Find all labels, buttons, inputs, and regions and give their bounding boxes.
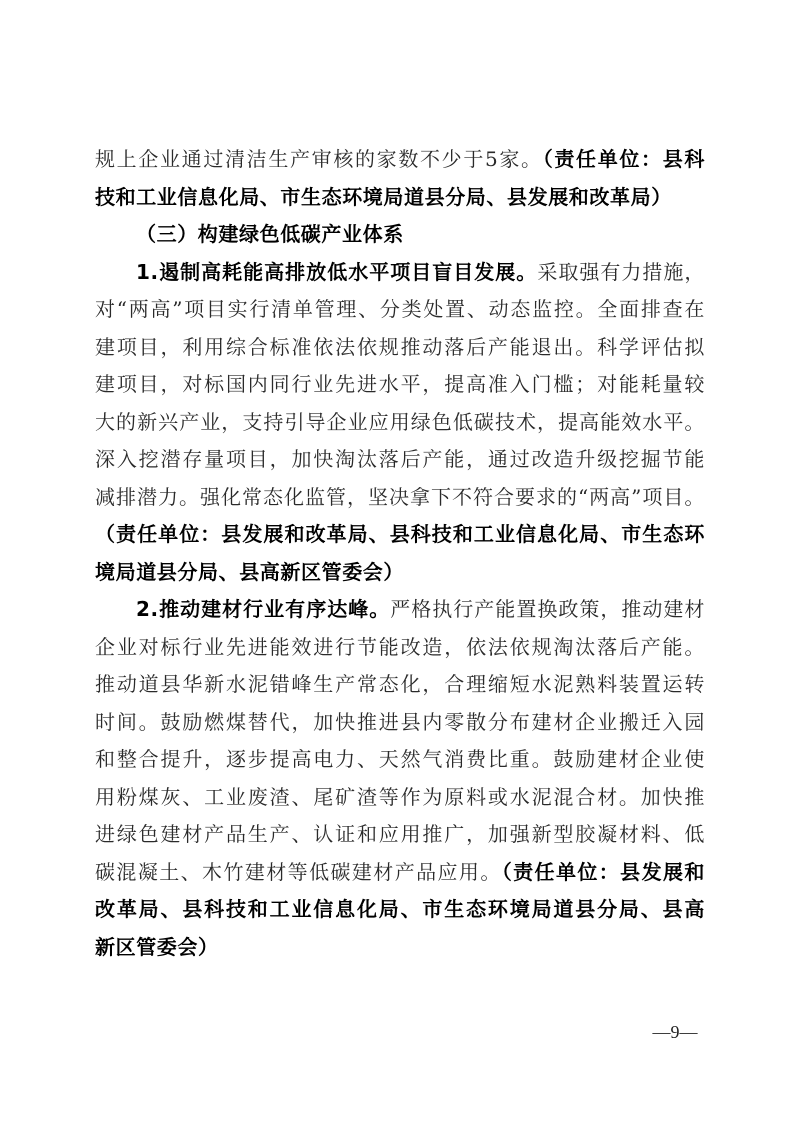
- paragraph-line: 改革局、县科技和工业信息化局、市生态环境局道县分局、县高: [95, 891, 705, 929]
- paragraph-line: 新区管委会）: [95, 929, 705, 967]
- body-text: 减排潜力。强化常态化监管，坚决拿下不符合要求的“两高”项目。: [95, 485, 705, 509]
- document-body: 规上企业通过清洁生产审核的家数不少于5家。（责任单位：县科 技和工业信息化局、市…: [95, 141, 705, 966]
- responsible-unit-text: 新区管委会）: [95, 935, 219, 959]
- body-text: 大的新兴产业，支持引导企业应用绿色低碳技术，提高能效水平。: [95, 410, 705, 434]
- paragraph-line: 碳混凝土、木竹建材等低碳建材产品应用。（责任单位：县发展和: [95, 854, 705, 892]
- paragraph-line: 建项目，对标国内同行业先进水平，提高准入门槛；对能耗量较: [95, 366, 705, 404]
- paragraph-line: 推动道县华新水泥错峰生产常态化，合理缩短水泥熟料装置运转: [95, 666, 705, 704]
- body-text: 和整合提升，逐步提高电力、天然气消费比重。鼓励建材企业使: [95, 747, 705, 771]
- paragraph-line: 时间。鼓励燃煤替代，加快推进县内零散分布建材企业搬迁入园: [95, 704, 705, 742]
- paragraph-line: （责任单位：县发展和改革局、县科技和工业信息化局、市生态环: [95, 516, 705, 554]
- paragraph-line: 境局道县分局、县高新区管委会）: [95, 554, 705, 592]
- paragraph-line: 技和工业信息化局、市生态环境局道县分局、县发展和改革局）: [95, 179, 705, 217]
- body-text: 对“两高”项目实行清单管理、分类处置、动态监控。全面排查在: [95, 297, 705, 321]
- paragraph-line: 用粉煤灰、工业废渣、尾矿渣等作为原料或水泥混合材。加快推: [95, 779, 705, 817]
- body-text: 进绿色建材产品生产、认证和应用推广，加强新型胶凝材料、低: [95, 822, 705, 846]
- body-text: 深入挖潜存量项目，加快淘汰落后产能，通过改造升级挖掘节能: [95, 447, 705, 471]
- body-text: 采取强有力措施，: [537, 260, 705, 284]
- body-text: 严格执行产能置换政策，推动建材: [390, 597, 705, 621]
- body-text: 碳混凝土、木竹建材等低碳建材产品应用。: [95, 860, 502, 884]
- paragraph-line: 对“两高”项目实行清单管理、分类处置、动态监控。全面排查在: [95, 291, 705, 329]
- section-heading-text: （三）构建绿色低碳产业体系: [136, 222, 404, 246]
- responsible-unit-text: 境局道县分局、县高新区管委会）: [95, 560, 404, 584]
- responsible-unit-text: 改革局、县科技和工业信息化局、市生态环境局道县分局、县高: [95, 897, 705, 921]
- body-text: 建项目，利用综合标准依法依规推动落后产能退出。科学评估拟: [95, 335, 705, 359]
- item-heading-text: 2.推动建材行业有序达峰。: [136, 597, 390, 621]
- paragraph-line: 1.遏制高耗能高排放低水平项目盲目发展。采取强有力措施，: [95, 254, 705, 292]
- item-heading-text: 1.遏制高耗能高排放低水平项目盲目发展。: [136, 260, 537, 284]
- body-text: 推动道县华新水泥错峰生产常态化，合理缩短水泥熟料装置运转: [95, 672, 705, 696]
- body-text: 企业对标行业先进能效进行节能改造，依法依规淘汰落后产能。: [95, 635, 705, 659]
- paragraph-line: 深入挖潜存量项目，加快淘汰落后产能，通过改造升级挖掘节能: [95, 441, 705, 479]
- page-number: —9—: [640, 1022, 710, 1043]
- responsible-unit-text: 技和工业信息化局、市生态环境局道县分局、县发展和改革局）: [95, 185, 672, 209]
- paragraph-line: 进绿色建材产品生产、认证和应用推广，加强新型胶凝材料、低: [95, 816, 705, 854]
- body-text: 建项目，对标国内同行业先进水平，提高准入门槛；对能耗量较: [95, 372, 705, 396]
- paragraph-line: 企业对标行业先进能效进行节能改造，依法依规淘汰落后产能。: [95, 629, 705, 667]
- responsible-unit-text: （责任单位：县发展和改革局、县科技和工业信息化局、市生态环: [95, 522, 705, 546]
- body-text: 时间。鼓励燃煤替代，加快推进县内零散分布建材企业搬迁入园: [95, 710, 705, 734]
- responsible-unit-text: （责任单位：县科: [543, 147, 705, 171]
- body-text: 用粉煤灰、工业废渣、尾矿渣等作为原料或水泥混合材。加快推: [95, 785, 705, 809]
- section-heading: （三）构建绿色低碳产业体系: [95, 216, 705, 254]
- paragraph-line: 大的新兴产业，支持引导企业应用绿色低碳技术，提高能效水平。: [95, 404, 705, 442]
- paragraph-line: 和整合提升，逐步提高电力、天然气消费比重。鼓励建材企业使: [95, 741, 705, 779]
- responsible-unit-text: （责任单位：县发展和: [502, 860, 705, 884]
- paragraph-line: 减排潜力。强化常态化监管，坚决拿下不符合要求的“两高”项目。: [95, 479, 705, 517]
- paragraph-line: 建项目，利用综合标准依法依规推动落后产能退出。科学评估拟: [95, 329, 705, 367]
- body-text: 规上企业通过清洁生产审核的家数不少于5家。: [95, 147, 543, 171]
- paragraph-line: 规上企业通过清洁生产审核的家数不少于5家。（责任单位：县科: [95, 141, 705, 179]
- paragraph-line: 2.推动建材行业有序达峰。严格执行产能置换政策，推动建材: [95, 591, 705, 629]
